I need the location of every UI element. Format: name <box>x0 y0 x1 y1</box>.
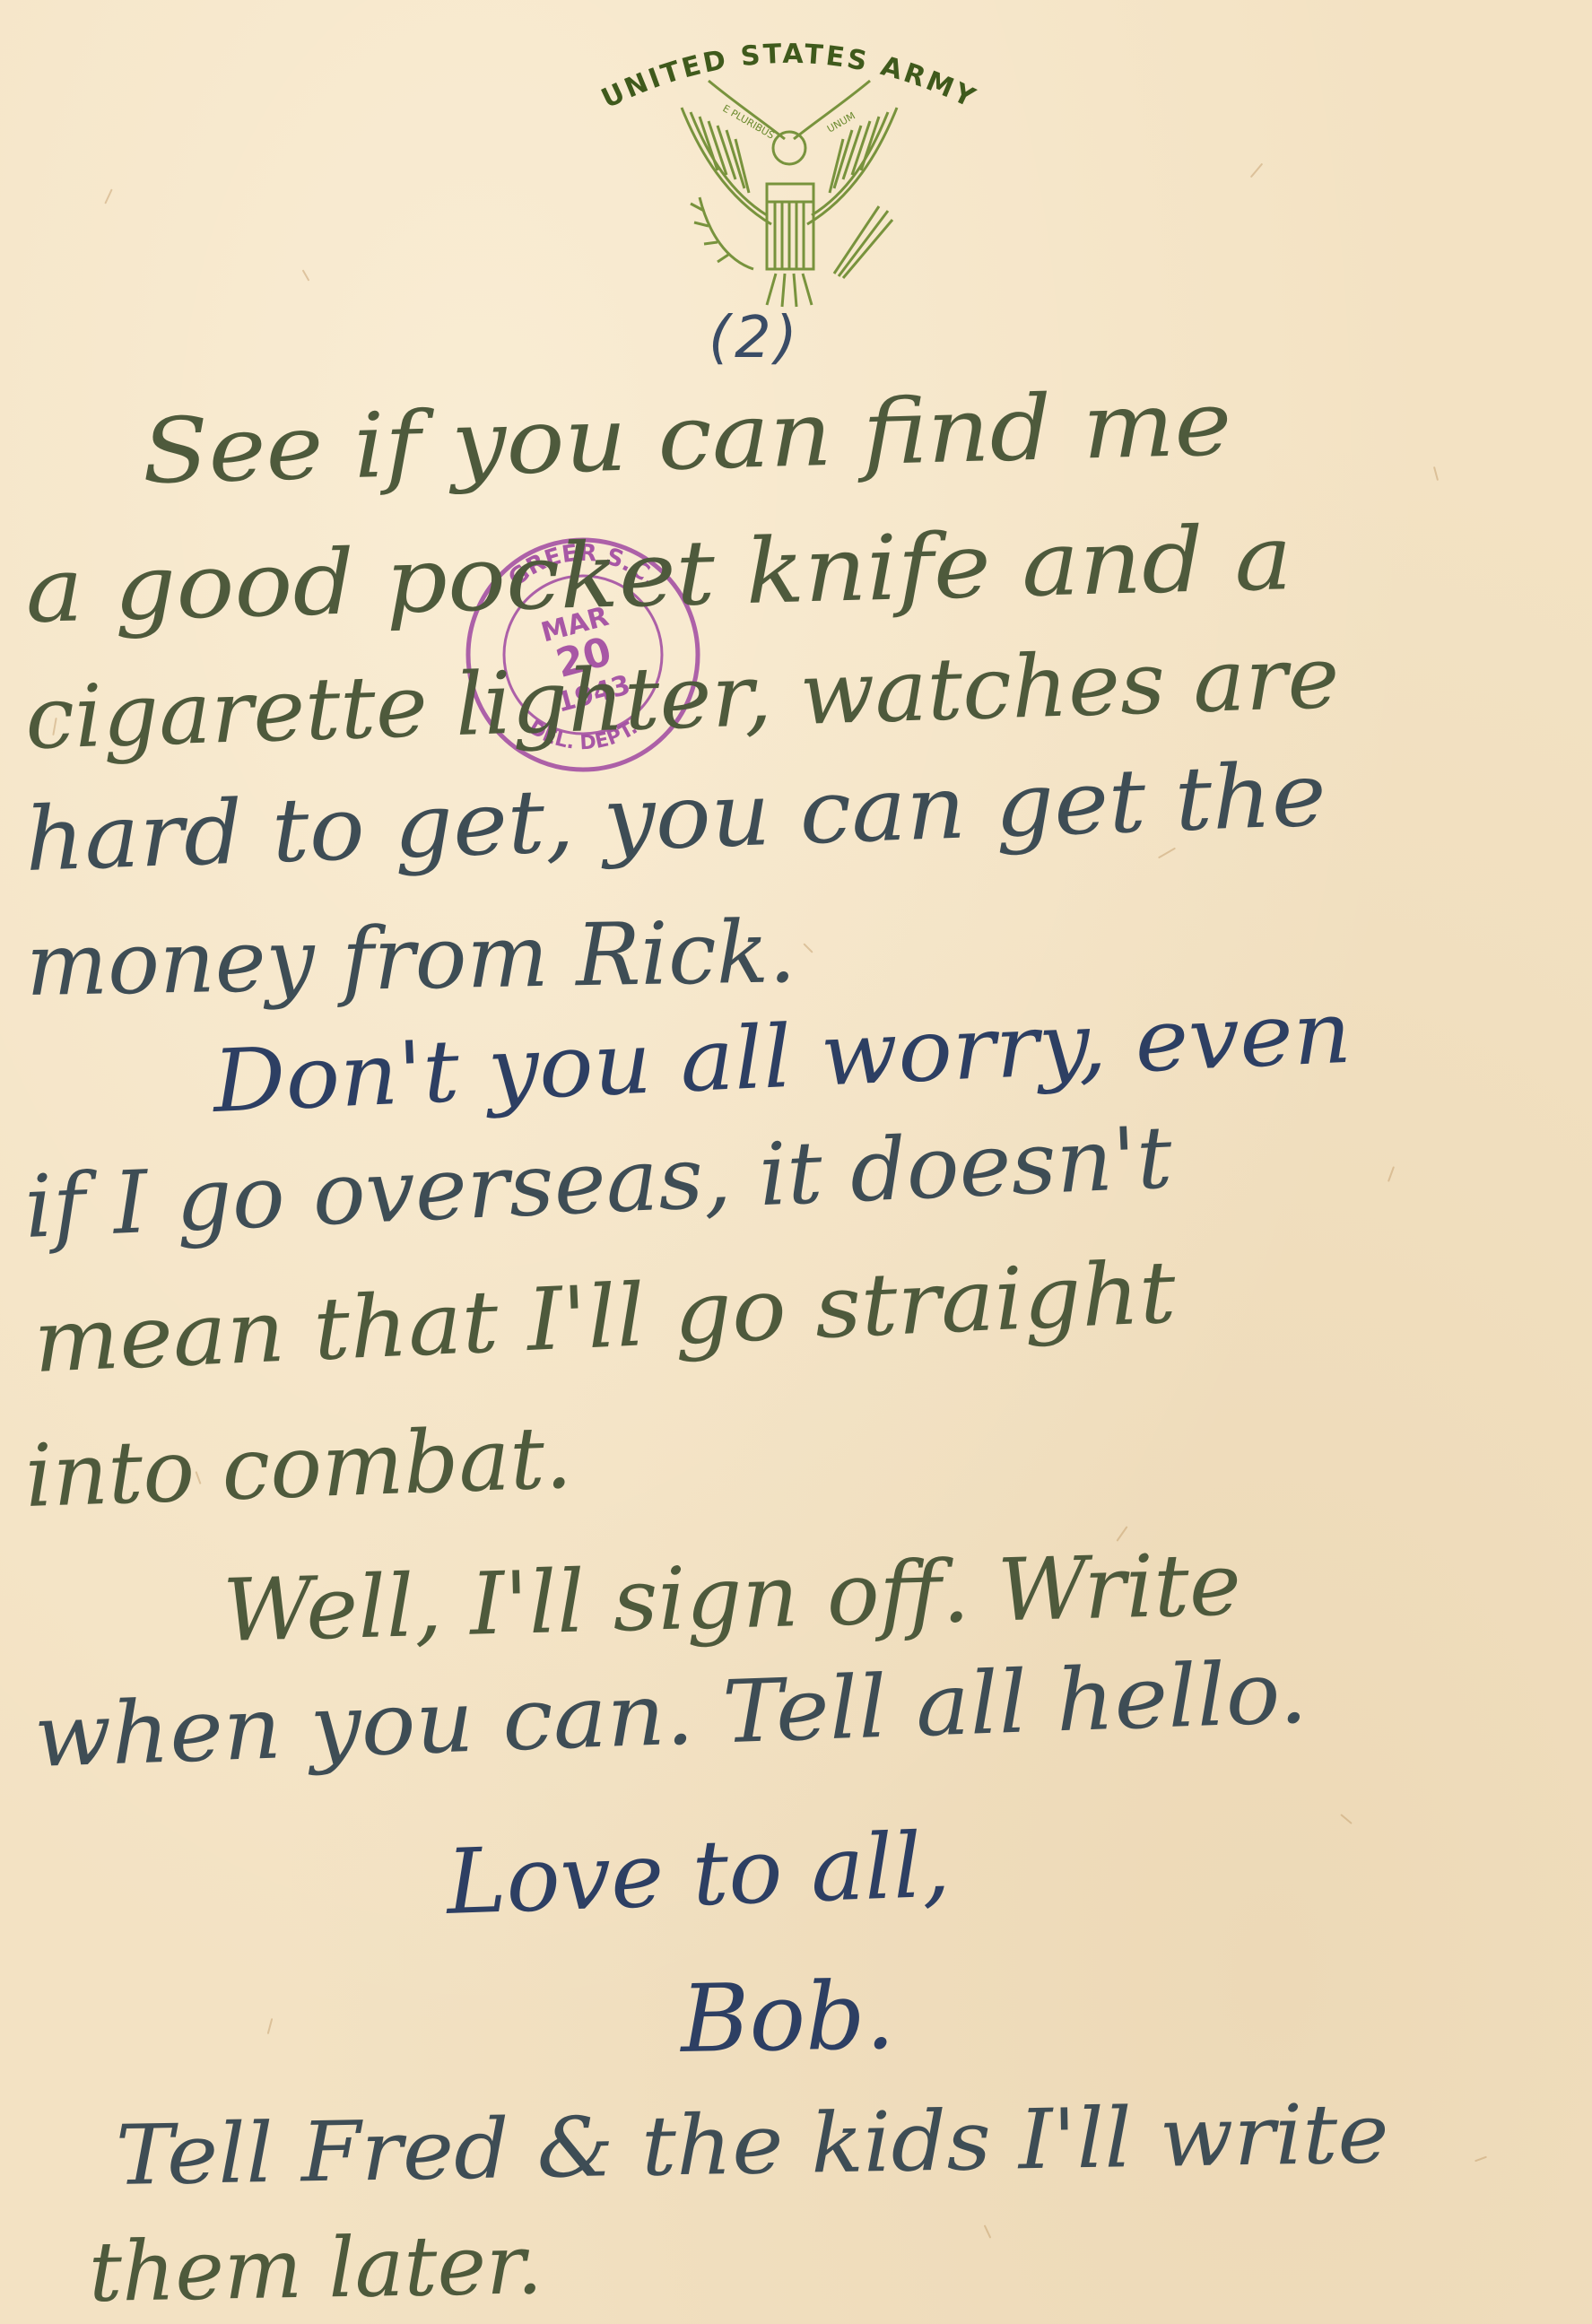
closing-salutation: Love to all, <box>445 1812 952 1935</box>
body-line: money from Rick. <box>25 901 796 1015</box>
body-line: into combat. <box>23 1407 573 1527</box>
organization-name: UNITED STATES ARMY <box>596 39 981 115</box>
letterhead: UNITED STATES ARMY <box>0 0 1592 341</box>
postscript-line: them later. <box>88 2216 544 2320</box>
svg-text:UNITED STATES ARMY: UNITED STATES ARMY <box>596 39 981 115</box>
page-number: (2) <box>709 305 801 371</box>
signature: Bob. <box>680 1961 896 2074</box>
great-seal-eagle-icon: UNITED STATES ARMY <box>574 18 1005 314</box>
